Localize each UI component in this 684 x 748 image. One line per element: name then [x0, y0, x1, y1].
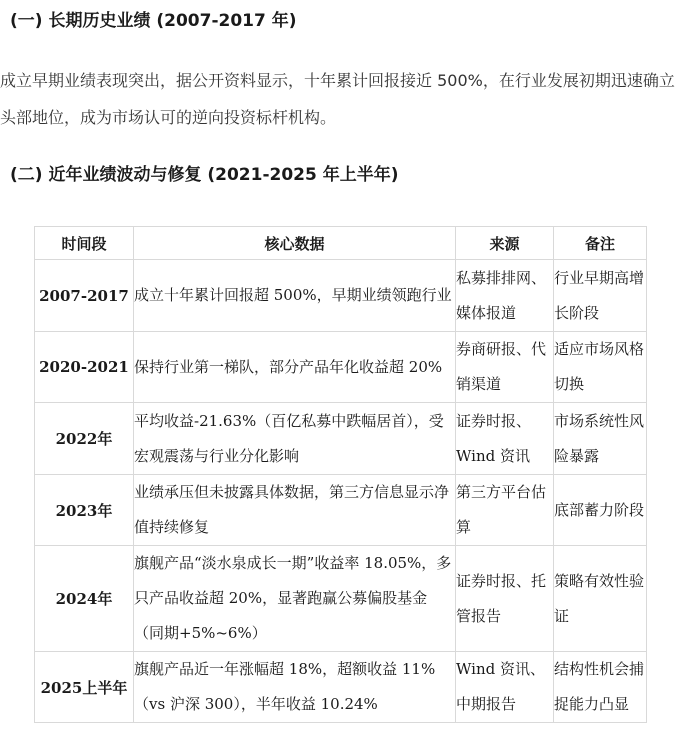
- period-cell: 2023年: [35, 475, 134, 546]
- note-cell: 策略有效性验证: [554, 546, 647, 652]
- table-row: 2025上半年 旗舰产品近一年涨幅超 18%，超额收益 11%（vs 沪深 30…: [35, 652, 647, 723]
- performance-table: 时间段 核心数据 来源 备注 2007-2017 成立十年累计回报超 500%，…: [34, 226, 647, 723]
- source-cell: Wind 资讯、中期报告: [456, 652, 554, 723]
- source-cell: 券商研报、代销渠道: [456, 332, 554, 403]
- period-cell: 2024年: [35, 546, 134, 652]
- section-heading-recent-performance: (二) 近年业绩波动与修复 (2021-2025 年上半年): [10, 164, 684, 186]
- source-cell: 证券时报、托管报告: [456, 546, 554, 652]
- section-heading-long-term-performance: (一) 长期历史业绩 (2007-2017 年): [10, 0, 684, 32]
- table-header-row: 时间段 核心数据 来源 备注: [35, 227, 647, 260]
- note-cell: 适应市场风格切换: [554, 332, 647, 403]
- source-cell: 证券时报、Wind 资讯: [456, 403, 554, 475]
- header-note: 备注: [554, 227, 647, 260]
- note-cell: 行业早期高增长阶段: [554, 260, 647, 332]
- source-cell: 第三方平台估算: [456, 475, 554, 546]
- core-data-cell: 平均收益-21.63%（百亿私募中跌幅居首），受宏观震荡与行业分化影响: [134, 403, 456, 475]
- core-data-cell: 旗舰产品近一年涨幅超 18%，超额收益 11%（vs 沪深 300），半年收益 …: [134, 652, 456, 723]
- table-row: 2023年 业绩承压但未披露具体数据，第三方信息显示净值持续修复 第三方平台估算…: [35, 475, 647, 546]
- document-page: (一) 长期历史业绩 (2007-2017 年) 成立早期业绩表现突出，据公开资…: [0, 0, 684, 723]
- note-cell: 市场系统性风险暴露: [554, 403, 647, 475]
- header-core-data: 核心数据: [134, 227, 456, 260]
- table-row: 2020-2021 保持行业第一梯队，部分产品年化收益超 20% 券商研报、代销…: [35, 332, 647, 403]
- period-cell: 2007-2017: [35, 260, 134, 332]
- core-data-cell: 旗舰产品“淡水泉成长一期”收益率 18.05%，多只产品收益超 20%，显著跑赢…: [134, 546, 456, 652]
- period-cell: 2022年: [35, 403, 134, 475]
- core-data-cell: 保持行业第一梯队，部分产品年化收益超 20%: [134, 332, 456, 403]
- note-cell: 底部蓄力阶段: [554, 475, 647, 546]
- table-row: 2024年 旗舰产品“淡水泉成长一期”收益率 18.05%，多只产品收益超 20…: [35, 546, 647, 652]
- header-source: 来源: [456, 227, 554, 260]
- period-cell: 2025上半年: [35, 652, 134, 723]
- source-cell: 私募排排网、媒体报道: [456, 260, 554, 332]
- long-term-performance-paragraph: 成立早期业绩表现突出，据公开资料显示，十年累计回报接近 500%，在行业发展初期…: [0, 62, 684, 136]
- table-row: 2022年 平均收益-21.63%（百亿私募中跌幅居首），受宏观震荡与行业分化影…: [35, 403, 647, 475]
- header-period: 时间段: [35, 227, 134, 260]
- period-cell: 2020-2021: [35, 332, 134, 403]
- core-data-cell: 成立十年累计回报超 500%，早期业绩领跑行业: [134, 260, 456, 332]
- table-row: 2007-2017 成立十年累计回报超 500%，早期业绩领跑行业 私募排排网、…: [35, 260, 647, 332]
- note-cell: 结构性机会捕捉能力凸显: [554, 652, 647, 723]
- core-data-cell: 业绩承压但未披露具体数据，第三方信息显示净值持续修复: [134, 475, 456, 546]
